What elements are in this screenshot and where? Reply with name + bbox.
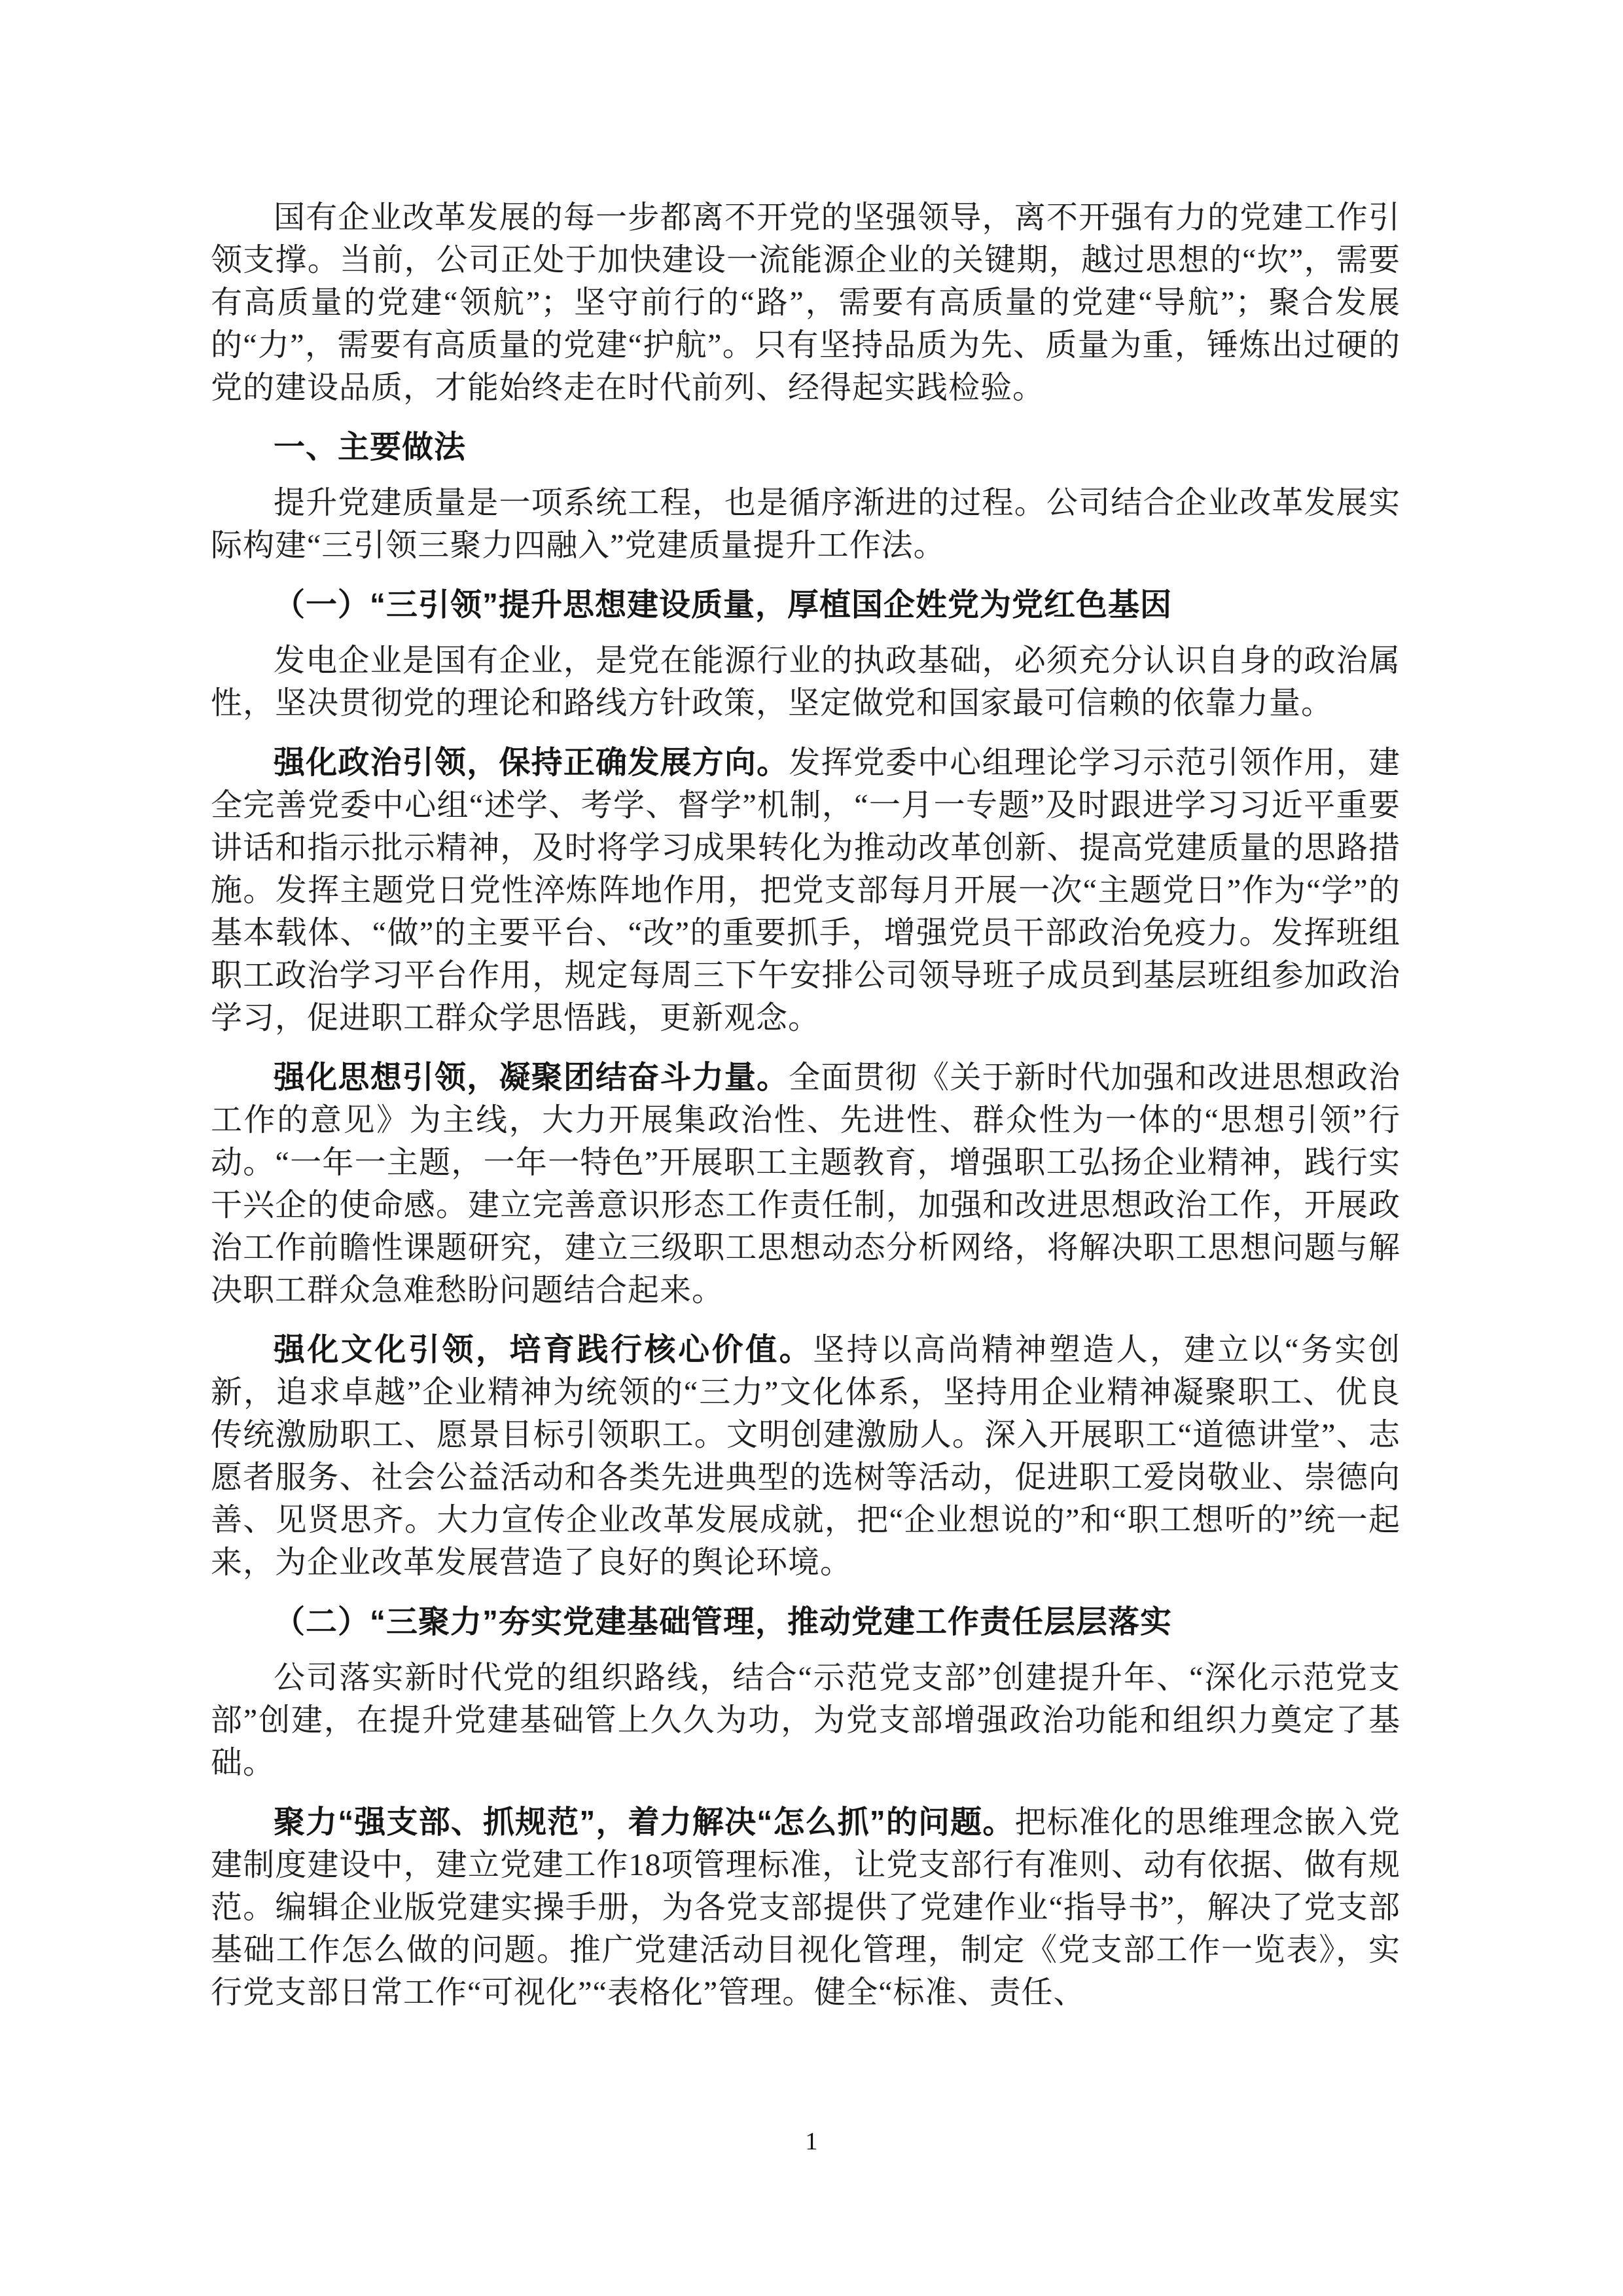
heading-section-one: （一）“三引领”提升思想建设质量，厚植国企姓党为党红色基因 xyxy=(211,584,1400,626)
paragraph-overview: 提升党建质量是一项系统工程，也是循序渐进的过程。公司结合企业改革发展实际构建“三… xyxy=(211,482,1400,567)
paragraph-ideological-leading: 强化思想引领，凝聚团结奋斗力量。全面贯彻《关于新时代加强和改进思想政治工作的意见… xyxy=(211,1056,1400,1312)
paragraph-strong-branch: 聚力“强支部、抓规范”，着力解决“怎么抓”的问题。把标准化的思维理念嵌入党建制度… xyxy=(211,1801,1400,2014)
paragraph-lead: 聚力“强支部、抓规范”，着力解决“怎么抓”的问题。 xyxy=(274,1805,1014,1840)
paragraph-text: 全面贯彻《关于新时代加强和改进思想政治工作的意见》为主线，大力开展集政治性、先进… xyxy=(211,1060,1400,1308)
paragraph-cultural-leading: 强化文化引领，培育践行核心价值。坚持以高尚精神塑造人，建立以“务实创新，追求卓越… xyxy=(211,1329,1400,1584)
paragraph-lead: 强化政治引领，保持正确发展方向。 xyxy=(274,745,789,780)
page-number: 1 xyxy=(0,2127,1623,2156)
paragraph-section-one-intro: 发电企业是国有企业，是党在能源行业的执政基础，必须充分认识自身的政治属性，坚决贯… xyxy=(211,639,1400,725)
heading-main-practices: 一、主要做法 xyxy=(211,426,1400,469)
heading-section-two: （二）“三聚力”夯实党建基础管理，推动党建工作责任层层落实 xyxy=(211,1601,1400,1643)
paragraph-lead: 强化思想引领，凝聚团结奋斗力量。 xyxy=(274,1060,789,1095)
intro-paragraph: 国有企业改革发展的每一步都离不开党的坚强领导，离不开强有力的党建工作引领支撑。当… xyxy=(211,196,1400,409)
document-page: 国有企业改革发展的每一步都离不开党的坚强领导，离不开强有力的党建工作引领支撑。当… xyxy=(0,0,1623,2296)
paragraph-section-two-intro: 公司落实新时代党的组织路线，结合“示范党支部”创建提升年、“深化示范党支部”创建… xyxy=(211,1657,1400,1784)
paragraph-political-leading: 强化政治引领，保持正确发展方向。发挥党委中心组理论学习示范引领作用，建全完善党委… xyxy=(211,742,1400,1039)
document-body: 国有企业改革发展的每一步都离不开党的坚强领导，离不开强有力的党建工作引领支撑。当… xyxy=(211,196,1400,2014)
paragraph-text: 坚持以高尚精神塑造人，建立以“务实创新，追求卓越”企业精神为统领的“三力”文化体… xyxy=(211,1333,1400,1580)
paragraph-lead: 强化文化引领，培育践行核心价值。 xyxy=(274,1333,813,1367)
paragraph-text: 发挥党委中心组理论学习示范引领作用，建全完善党委中心组“述学、考学、督学”机制，… xyxy=(211,745,1400,1035)
